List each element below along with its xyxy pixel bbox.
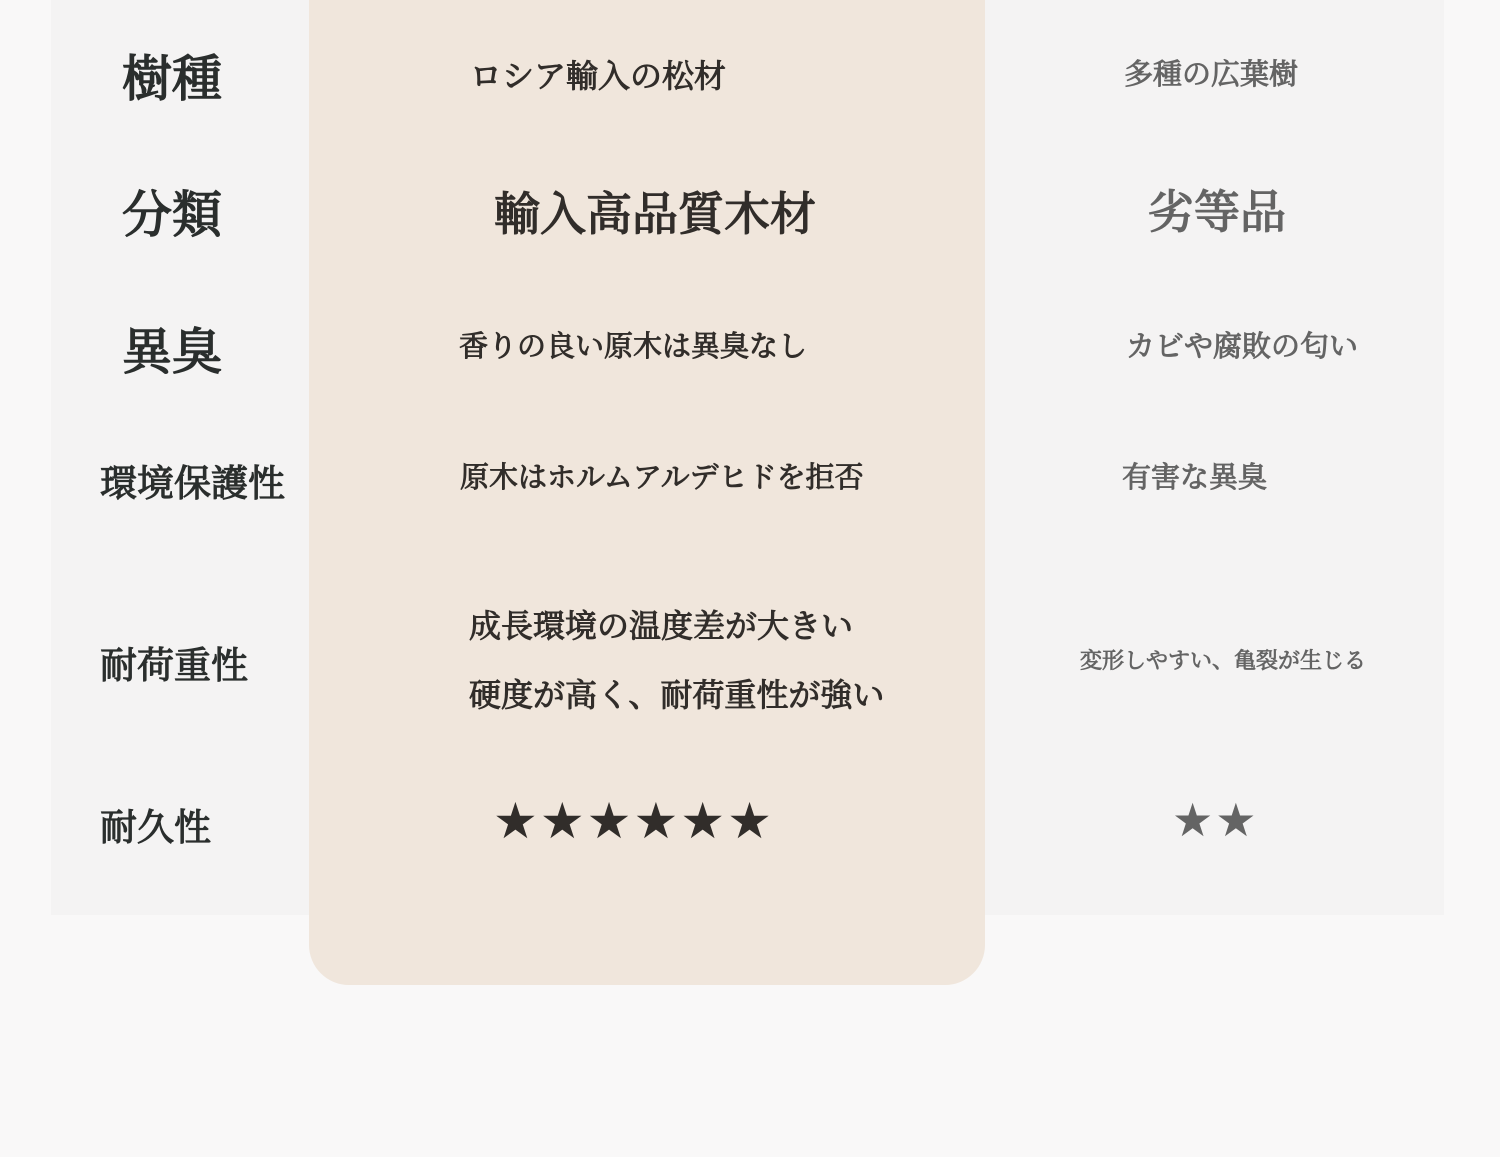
bad-value-tree-species: 多種の広葉樹: [1124, 52, 1298, 92]
good-value-classification: 輸入高品質木材: [494, 182, 816, 240]
good-value-load-bearing-line1: 成長環境の温度差が大きい: [469, 602, 853, 646]
row-label-tree-species: 樹種: [122, 42, 222, 108]
good-value-tree-species: ロシア輸入の松材: [470, 52, 726, 96]
bad-durability-star-rating: ★★: [1172, 795, 1258, 845]
bad-value-classification: 劣等品: [1148, 180, 1286, 238]
good-durability-star-rating: ★★★★★★: [493, 792, 774, 850]
good-value-odor: 香りの良い原木は異臭なし: [459, 324, 807, 364]
row-label-load-bearing: 耐荷重性: [100, 638, 248, 686]
row-label-durability: 耐久性: [100, 800, 211, 848]
row-label-odor: 異臭: [122, 315, 222, 381]
row-label-classification: 分類: [122, 178, 222, 244]
bad-value-odor: カビや腐敗の匂い: [1126, 324, 1358, 364]
row-label-eco-friendliness: 環境保護性: [100, 456, 285, 504]
bad-value-eco-friendliness: 有害な異臭: [1122, 455, 1267, 495]
good-value-eco-friendliness: 原木はホルムアルデヒドを拒否: [460, 455, 864, 495]
good-value-load-bearing-line2: 硬度が高く、耐荷重性が強い: [469, 671, 884, 715]
bad-value-load-bearing: 変形しやすい、亀裂が生じる: [1080, 644, 1366, 674]
